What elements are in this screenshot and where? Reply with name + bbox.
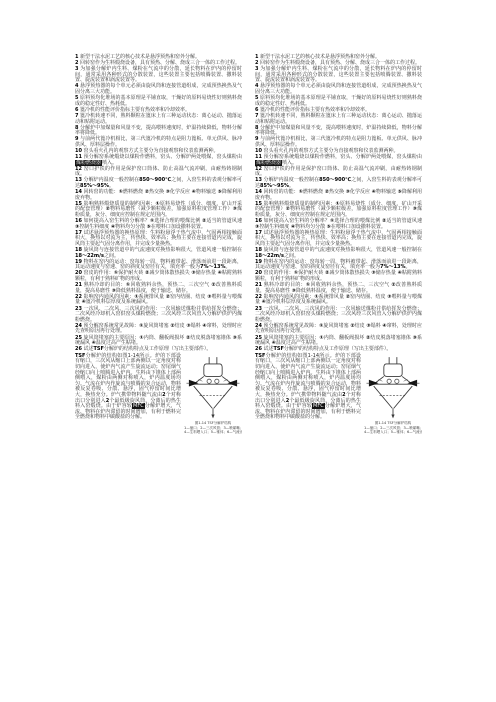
text-run: 内筒、翻板阀损坏 — [324, 335, 366, 341]
text-run: 在喂料口加设撒料装置。 — [151, 224, 206, 230]
text-run: 喷入。 — [282, 160, 297, 166]
text-run: 之间。 — [104, 253, 119, 259]
qa-item: 20窑皮的作用：①保护耐火砖 ②减少筒体散热损失 ③储存热量 ④粘附熟料颗粒，有… — [75, 271, 242, 282]
qa-item: 18旋风筒与连接管道中的气流速度对换热影响很大，管道风速一般控制在18～22m/… — [75, 248, 242, 259]
text-run: 试述悬浮预热器的换热原理：生料粉悬浮于热气流中，气固两相接触面积大，换热以对流为… — [255, 230, 422, 247]
item-number: 26 — [255, 346, 262, 352]
qa-item: 9与前两代篦冷机相比，第三代篦冷机的特点是阻力篦板、单元供风、脉冲供风、厚料层操… — [75, 137, 242, 148]
text-run: 减少筒体散热损失 — [329, 270, 371, 276]
text-run: 悬浮预热器的每个单元必须由旋风筒和连接管道组成，完成预热换热及气固分离三大功能。 — [255, 83, 422, 95]
qa-item: 14回转窑的功能：①燃料燃烧 ②热交换 ③化学反应 ④物料输送 ⑤降解利用废弃物… — [75, 190, 242, 201]
text-run: 为加强分解炉内生料、煤粉在气流中的分散，延长物料在炉内的停留时间，通常采用各种形… — [75, 66, 242, 83]
text-run: 篦冷机的性能评价指标主要有热效率和冷却效率。 — [260, 107, 370, 113]
figure-tsf-precalciner: 图1-14 TSF分解炉结构 1—缩口；2—三次风管；3—喷煤嘴； 4—生料喂入… — [184, 356, 242, 434]
qa-item: 13分解炉内温度一般控制在850～900℃之间，入窑生料的表观分解率可达85%～… — [75, 178, 242, 189]
qa-item: 5原料预均化堆场的基本原理是平铺直取，干燥好的原料易烧性好则熟料烧成的稳定性好、… — [255, 96, 422, 107]
text-run: 试述 — [83, 346, 93, 352]
tsf-paragraph: TSF分解炉的结构如图1-14所示。炉的下部设有缩口，三次风从缩口上部两侧以一定… — [255, 353, 361, 421]
qa-item: 4悬浮预热器的每个单元必须由旋风筒和连接管道组成，完成预热换热及气固分离三大功能… — [255, 84, 422, 95]
qa-item: 16如何提高入窑生料的分解率？①选择合理的喂煤比例 ②适当的管道风速 ③控制生料… — [255, 219, 422, 230]
tsf-paragraph: TSF分解炉的结构如图1-14所示。炉的下部设有缩口，三次风从缩口上部两侧以一定… — [75, 353, 181, 421]
document-page: 1新型干法水泥工艺的核心技术是悬浮预热和窑外分解。2回转窑作为生料煅烧设备，具有… — [0, 0, 496, 702]
qa-item: 20窑皮的作用：①保护耐火砖 ②减少筒体散热损失 ③储存热量 ④粘附熟料颗粒，有… — [255, 271, 422, 282]
figure-caption: 图1-14 TSF分解炉结构 1—缩口；2—三次风管；3—喷煤嘴； 4—生料喂入… — [184, 421, 242, 434]
item-number: 6 — [75, 107, 78, 113]
text-run: 化学反应 — [350, 189, 372, 195]
text-run: 篦冷机料层厚度及系统漏风。 — [86, 299, 151, 305]
qa-item: 18旋风筒与连接管道中的气流速度对换热影响很大，管道风速一般控制在18～22m/… — [255, 248, 422, 259]
qa-item: 9与前两代篦冷机相比，第三代篦冷机的特点是阻力篦板、单元供风、脉冲供风、厚料层操… — [255, 137, 422, 148]
text-run: 试述 — [263, 346, 273, 352]
text-column-left: 1新型干法水泥工艺的核心技术是悬浮预热和窑外分解。2回转窑作为生料煅烧设备，具有… — [75, 55, 242, 435]
text-run: 化学反应 — [170, 189, 192, 195]
text-run: 储存热量 — [196, 270, 218, 276]
text-run: 原料预均化堆场的基本原理是平铺直取，干燥好的原料易烧性好则熟料烧成的稳定性好、热… — [75, 95, 242, 107]
item-number: 6 — [255, 107, 258, 113]
qa-item: 22影响窑内通风的因素：①系统排风量 ②窑内结圈、结皮 ③喂料量与喂煤量 ④篦冷… — [75, 295, 242, 306]
text-run: 原料预均化堆场的基本原理是平铺直取，干燥好的原料易烧性好则熟料烧成的稳定性好、热… — [255, 95, 422, 107]
qa-item: 25旋风筒堵塞的主要原因：①内筒、翻板阀损坏 ②结皮脱落堵塞锥体 ③系统漏风 ④… — [75, 336, 242, 347]
text-run: 结皮 — [175, 323, 187, 329]
text-run: 旋风筒堵塞 — [323, 323, 350, 329]
qa-item: 13分解炉内温度一般控制在850～900℃之间，入窑生料的表观分解率可达85%～… — [255, 178, 422, 189]
text-run: 降低熟料温度，便于输送、储存。 — [296, 288, 371, 294]
qa-item: 22影响窑内通风的因素：①系统排风量 ②窑内结圈、结皮 ③喂料量与喂煤量 ④篦冷… — [255, 295, 422, 306]
qa-item: 5原料预均化堆场的基本原理是平铺直取，干燥好的原料易烧性好则熟料烧成的稳定性好、… — [75, 96, 242, 107]
text-run: 热交换 — [329, 189, 346, 195]
qa-item: 15影响熟料煅烧质量的制约因素：①原料易烧性（成分、细度，矿山开采的配套管理）②… — [75, 202, 242, 219]
text-run: 悬浮预热器的每个单元必须由旋风筒和连接管道组成，完成预热换热及气固分离三大功能。 — [75, 83, 242, 95]
text-run: 窑内结圈、结皮 — [350, 294, 387, 300]
text-run: 塌料 — [371, 323, 383, 329]
text-run: 控制生料细度 — [79, 224, 111, 230]
two-column-layout: 1新型干法水泥工艺的核心技术是悬浮预热和窑外分解。2回转窑作为生料煅烧设备，具有… — [0, 0, 496, 435]
text-run: 物料均匀分散 — [295, 224, 327, 230]
tsf-answer-block: 图1-14 TSF分解炉结构 1—缩口；2—三次风管；3—喷煤嘴； 4—生料喂入… — [75, 354, 242, 421]
figure-caption: 图1-14 TSF分解炉结构 1—缩口；2—三次风管；3—喷煤嘴； 4—生料喂入… — [364, 421, 422, 434]
text-run: 一次风、二次风、三次风的作用：一次风输送煤粉并供给挥发分燃烧；二次风经冷却机入窑… — [255, 306, 422, 323]
qa-item: 7篦冷机转速不同，熟料颗粒在篦床上有三种运动状态：离心运动、抛落运动和贴附运动。 — [75, 114, 242, 125]
bold-value: 18～22m/s — [75, 253, 104, 259]
qa-item: 23一次风、二次风、三次风的作用：一次风输送煤粉并供给挥发分燃烧；二次风经冷却机… — [75, 307, 242, 324]
text-run: 控制生料细度 — [259, 224, 291, 230]
qa-item: 3为加强分解炉内生料、煤粉在气流中的分散，延长物料在炉内的停留时间，通常采用各种… — [75, 67, 242, 84]
precalciner-diagram-icon — [186, 356, 240, 420]
text-run: 篦冷机料层厚度及系统漏风。 — [266, 299, 331, 305]
text-run: 一次风、二次风、三次风的作用：一次风输送煤粉并供给挥发分燃烧；二次风经冷却机入窑… — [75, 306, 242, 323]
highlighted-term: 煤粉燃烧器 — [255, 160, 282, 166]
qa-item: 21熟料冷却的目的：①回收熟料余热，预热二、三次空气 ②改善熟料质量，提高易磨性… — [255, 283, 422, 294]
question-list: 1新型干法水泥工艺的核心技术是悬浮预热和窑外分解。2回转窑作为生料煅烧设备，具有… — [255, 55, 422, 353]
qa-item: 24预分解窑系统常见故障：①旋风筒堵塞 ②结皮 ③塌料 ④窜料，处理时应先查明原… — [75, 324, 242, 335]
text-run: 为加强分解炉内生料、煤粉在气流中的分散，延长物料在炉内的停留时间，通常采用各种形… — [255, 66, 422, 83]
text-run: 结皮 — [355, 323, 367, 329]
text-run: 适当的管道风速 — [206, 218, 242, 224]
qa-item: 16如何提高入窑生料的分解率？①选择合理的喂煤比例 ②适当的管道风速 ③控制生料… — [75, 219, 242, 230]
item-number: 26 — [75, 346, 82, 352]
qa-item: 14回转窑的功能：①燃料燃烧 ②热交换 ③化学反应 ④物料输送 ⑤降解利用废弃物… — [255, 190, 422, 201]
qa-item: 11预分解窑系统煅烧以煤粉作燃料，窑头、分解炉两处喂煤，窑头煤粉由煤粉燃烧器喷入… — [255, 155, 422, 166]
text-run: 储存热量 — [376, 270, 398, 276]
qa-item: 25旋风筒堵塞的主要原因：①内筒、翻板阀损坏 ②结皮脱落堵塞锥体 ③系统漏风 ④… — [255, 336, 422, 347]
bold-value: TSF — [273, 346, 283, 352]
text-run: 窑口护铁的作用是保护窑口筒体、防止高温气流冲刷，由耐热铸钢制成。 — [75, 166, 242, 178]
qa-item: 11预分解窑系统煅烧以煤粉作燃料，窑头、分解炉两处喂煤，窑头煤粉由煤粉燃烧器喷入… — [75, 155, 242, 166]
text-run: 喷入。 — [102, 160, 117, 166]
text-column-right: 1新型干法水泥工艺的核心技术是悬浮预热和窑外分解。2回转窑作为生料煅烧设备，具有… — [255, 55, 422, 435]
figure-tsf-precalciner: 图1-14 TSF分解炉结构 1—缩口；2—三次风管；3—喷煤嘴； 4—生料喂入… — [364, 356, 422, 434]
question-list: 1新型干法水泥工艺的核心技术是悬浮预热和窑外分解。2回转窑作为生料煅烧设备，具有… — [75, 55, 242, 353]
text-run: 试述悬浮预热器的换热原理：生料粉悬浮于热气流中，气固两相接触面积大，换热以对流为… — [75, 230, 242, 247]
qa-item: 7篦冷机转速不同，熟料颗粒在篦床上有三种运动状态：离心运动、抛落运动和贴附运动。 — [255, 114, 422, 125]
text-run: 燃料燃烧 — [303, 189, 325, 195]
text-run: 在喂料口加设撒料装置。 — [331, 224, 386, 230]
text-run: 物料均匀分散 — [115, 224, 147, 230]
text-run: 分解炉中加煤量和风量不变，提高喂料速度时，炉温持续降低，物料分解率将降低。 — [75, 125, 242, 137]
highlighted-term: 煤粉燃烧器 — [75, 160, 102, 166]
text-run: 分解炉的结构特点及工作原理（写出主要部件）。 — [104, 346, 212, 352]
text-run: 结皮脱落堵塞锥体 — [370, 335, 412, 341]
text-run: 物料输送 — [196, 189, 218, 195]
text-run: 结皮脱落堵塞锥体 — [190, 335, 232, 341]
text-run: 与前两代篦冷机相比，第三代篦冷机的特点是阻力篦板、单元供风、脉冲供风、厚料层操作… — [255, 136, 422, 148]
text-run: 热交换 — [149, 189, 166, 195]
qa-item: 17试述悬浮预热器的换热原理：生料粉悬浮于热气流中，气固两相接触面积大，换热以对… — [255, 231, 422, 248]
text-run: 分解炉中加煤量和风量不变，提高喂料速度时，炉温持续降低，物料分解率将降低。 — [255, 125, 422, 137]
tsf-answer-block: 图1-14 TSF分解炉结构 1—缩口；2—三次风管；3—喷煤嘴； 4—生料喂入… — [255, 354, 422, 421]
text-run: 内筒、翻板阀损坏 — [144, 335, 186, 341]
text-run: 燃料燃烧 — [123, 189, 145, 195]
qa-item: 15影响熟料煅烧质量的制约因素：①原料易烧性（成分、细度，矿山开采的配套管理）②… — [255, 202, 422, 219]
qa-item: 4悬浮预热器的每个单元必须由旋风筒和连接管道组成，完成预热换热及气固分离三大功能… — [75, 84, 242, 95]
text-run: 减少筒体散热损失 — [149, 270, 191, 276]
text-run: 塌料 — [191, 323, 203, 329]
text-run: 旋风筒堵塞 — [143, 323, 170, 329]
figure-caption-legend-2: 4—生料喂入口；5—锥体；6—气流出口 — [364, 430, 422, 434]
text-run: 降低熟料温度，便于输送、储存。 — [116, 288, 191, 294]
text-run: 之间。 — [284, 253, 299, 259]
qa-item: 23一次风、二次风、三次风的作用：一次风输送煤粉并供给挥发分燃烧；二次风经冷却机… — [255, 307, 422, 324]
text-run: 物料输送 — [376, 189, 398, 195]
bold-value: TSF — [93, 346, 103, 352]
text-run: 适当的管道风速 — [386, 218, 422, 224]
qa-item: 21熟料冷却的目的：①回收熟料余热，预热二、三次空气 ②改善熟料质量，提高易磨性… — [75, 283, 242, 294]
precalciner-diagram-icon — [366, 356, 420, 420]
text-run: 分解炉的结构特点及工作原理（写出主要部件）。 — [284, 346, 392, 352]
text-run: 篦冷机转速不同，熟料颗粒在篦床上有三种运动状态：离心运动、抛落运动和贴附运动。 — [75, 113, 242, 125]
text-run: 窑口护铁的作用是保护窑口筒体、防止高温气流冲刷，由耐热铸钢制成。 — [255, 166, 422, 178]
qa-item: 24预分解窑系统常见故障：①旋风筒堵塞 ②结皮 ③塌料 ④窜料，处理时应先查明原… — [255, 324, 422, 335]
text-run: 篦冷机转速不同，熟料颗粒在篦床上有三种运动状态：离心运动、抛落运动和贴附运动。 — [255, 113, 422, 125]
qa-item: 17试述悬浮预热器的换热原理：生料粉悬浮于热气流中，气固两相接触面积大，换热以对… — [75, 231, 242, 248]
bold-value: 850～900℃ — [319, 177, 351, 183]
bold-value: 18～22m/s — [255, 253, 284, 259]
text-run: 与前两代篦冷机相比，第三代篦冷机的特点是阻力篦板、单元供风、脉冲供风、厚料层操作… — [75, 136, 242, 148]
text-run: 窑内结圈、结皮 — [170, 294, 207, 300]
figure-caption-legend-2: 4—生料喂入口；5—锥体；6—气流出口 — [184, 430, 242, 434]
qa-item: 3为加强分解炉内生料、煤粉在气流中的分散，延长物料在炉内的停留时间，通常采用各种… — [255, 67, 422, 84]
bold-value: 850～900℃ — [139, 177, 171, 183]
text-run: 篦冷机的性能评价指标主要有热效率和冷却效率。 — [80, 107, 190, 113]
